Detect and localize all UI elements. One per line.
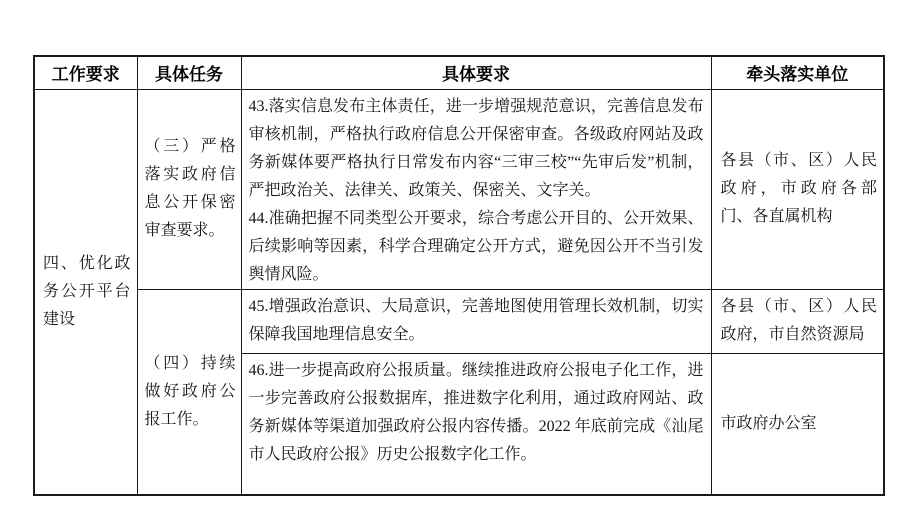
cell-requirements-43-44: 43.落实信息发布主体责任，进一步增强规范意识，完善信息发布审核机制，严格执行政… bbox=[241, 89, 711, 289]
table-row-2: （四）持续做好政府公报工作。 45.增强政治意识、大局意识，完善地图使用管理长效… bbox=[34, 289, 884, 353]
cell-task-3: （三）严格落实政府信息公开保密审查要求。 bbox=[137, 89, 241, 289]
requirement-item-43: 43.落实信息发布主体责任，进一步增强规范意识，完善信息发布审核机制，严格执行政… bbox=[249, 93, 704, 205]
requirement-item-44: 44.准确把握不同类型公开要求，综合考虑公开目的、公开效果、后续影响等因素，科学… bbox=[249, 205, 704, 289]
cell-lead-unit-row2: 各县（市、区）人民政府，市自然资源局 bbox=[711, 289, 884, 353]
table-row-1: 四、优化政务公开平台建设 （三）严格落实政府信息公开保密审查要求。 43.落实信… bbox=[34, 89, 884, 289]
cell-requirement-46: 46.进一步提高政府公报质量。继续推进政府公报电子化工作，进一步完善政府公报数据… bbox=[241, 353, 711, 495]
work-plan-table: 工作要求 具体任务 具体要求 牵头落实单位 四、优化政务公开平台建设 （三）严格… bbox=[33, 55, 885, 496]
cell-lead-unit-row3: 市政府办公室 bbox=[711, 353, 884, 495]
table-header-row: 工作要求 具体任务 具体要求 牵头落实单位 bbox=[34, 56, 884, 89]
cell-lead-unit-row1: 各县（市、区）人民政府，市政府各部门、各直属机构 bbox=[711, 89, 884, 289]
requirement-item-46: 46.进一步提高政府公报质量。继续推进政府公报电子化工作，进一步完善政府公报数据… bbox=[249, 357, 704, 469]
requirement-item-45: 45.增强政治意识、大局意识，完善地图使用管理长效机制，切实保障我国地理信息安全… bbox=[249, 293, 704, 349]
cell-work-requirement: 四、优化政务公开平台建设 bbox=[34, 89, 137, 495]
header-lead-unit: 牵头落实单位 bbox=[711, 56, 884, 89]
header-task: 具体任务 bbox=[137, 56, 241, 89]
header-requirement: 具体要求 bbox=[241, 56, 711, 89]
header-work-requirement: 工作要求 bbox=[34, 56, 137, 89]
cell-task-4: （四）持续做好政府公报工作。 bbox=[137, 289, 241, 495]
cell-requirement-45: 45.增强政治意识、大局意识，完善地图使用管理长效机制，切实保障我国地理信息安全… bbox=[241, 289, 711, 353]
document-page: 工作要求 具体任务 具体要求 牵头落实单位 四、优化政务公开平台建设 （三）严格… bbox=[0, 0, 915, 530]
